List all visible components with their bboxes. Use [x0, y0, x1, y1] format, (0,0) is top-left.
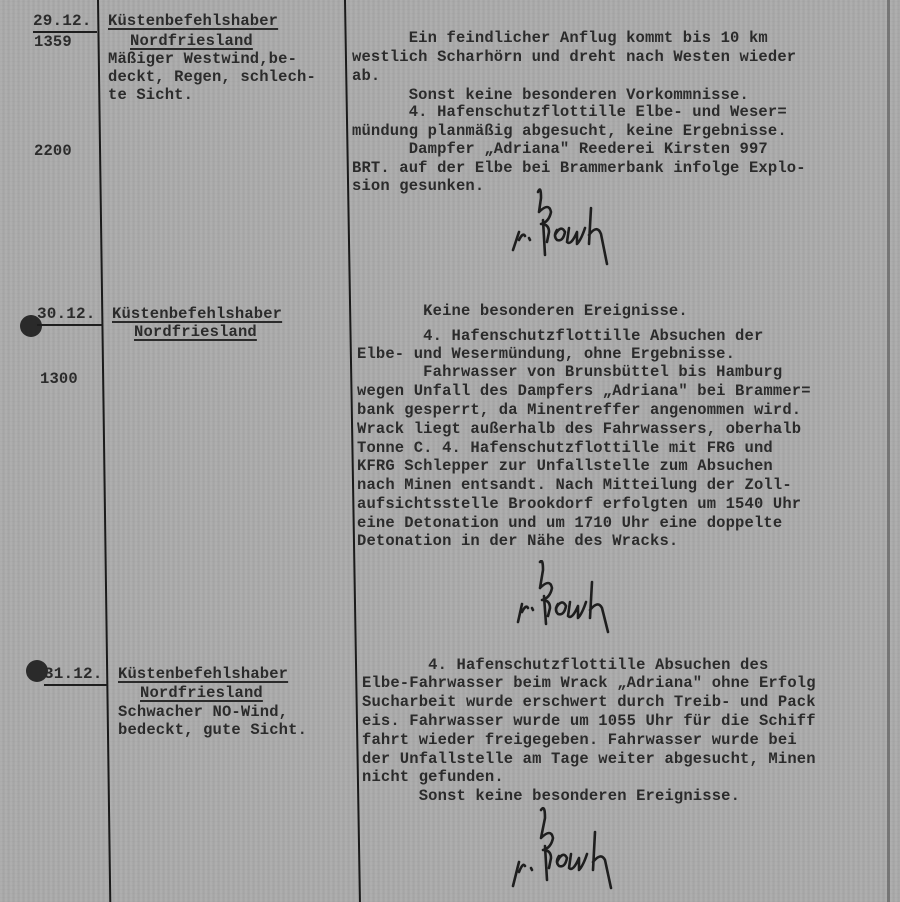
signature — [510, 560, 640, 650]
entry-time: 1300 — [40, 370, 78, 388]
body-line: ab. — [352, 67, 380, 85]
entry-date: 30.12. — [37, 305, 96, 323]
body-line: Keine besonderen Ereignisse. — [357, 302, 688, 320]
authority-line-1: Küstenbefehlshaber — [112, 305, 282, 323]
body-line: fahrt wieder freigegeben. Fahrwasser wur… — [362, 731, 797, 749]
entry-date: 29.12. — [33, 12, 92, 30]
body-line: nach Minen entsandt. Nach Mitteilung der… — [357, 476, 792, 494]
weather-line: bedeckt, gute Sicht. — [118, 721, 307, 739]
body-line: sion gesunken. — [352, 177, 484, 195]
body-line: Sucharbeit wurde erschwert durch Treib- … — [362, 693, 816, 711]
body-line: Wrack liegt außerhalb des Fahrwassers, o… — [357, 420, 801, 438]
body-line: wegen Unfall des Dampfers „Adriana" bei … — [357, 382, 811, 400]
weather-line: Schwacher NO-Wind, — [118, 703, 288, 721]
body-line: Detonation in der Nähe des Wracks. — [357, 532, 678, 550]
authority-line-2: Nordfriesland — [140, 684, 263, 702]
body-line: bank gesperrt, da Minentreffer angenomme… — [357, 401, 801, 419]
body-line: aufsichtsstelle Brookdorf erfolgten um 1… — [357, 495, 801, 513]
entry-time: 2200 — [34, 142, 72, 160]
body-line: Tonne C. 4. Hafenschutzflottille mit FRG… — [357, 439, 773, 457]
weather-line: Mäßiger Westwind,be- — [108, 50, 297, 68]
body-line: mündung planmäßig abgesucht, keine Ergeb… — [352, 122, 787, 140]
war-diary-page: 29.12. 1359 2200 Küstenbefehlshaber Nord… — [0, 0, 900, 902]
date-underline — [37, 324, 103, 326]
body-line: KFRG Schlepper zur Unfallstelle zum Absu… — [357, 457, 773, 475]
body-line: eis. Fahrwasser wurde um 1055 Uhr für di… — [362, 712, 816, 730]
authority-line-1: Küstenbefehlshaber — [108, 12, 278, 30]
authority-line-2: Nordfriesland — [134, 323, 257, 341]
body-line: 4. Hafenschutzflottille Absuchen des — [362, 656, 768, 674]
body-line: Ein feindlicher Anflug kommt bis 10 km — [352, 29, 768, 47]
body-line: 4. Hafenschutzflottille Elbe- und Weser= — [352, 103, 787, 121]
body-line: Sonst keine besonderen Vorkommnisse. — [352, 86, 749, 104]
body-line: 4. Hafenschutzflottille Absuchen der — [357, 327, 763, 345]
weather-line: deckt, Regen, schlech- — [108, 68, 316, 86]
authority-line-1: Küstenbefehlshaber — [118, 665, 288, 683]
body-line: eine Detonation und um 1710 Uhr eine dop… — [357, 514, 782, 532]
column-divider-date — [97, 0, 111, 902]
body-line: nicht gefunden. — [362, 768, 504, 786]
body-line: Dampfer „Adriana" Reederei Kirsten 997 — [352, 140, 768, 158]
entry-time: 1359 — [34, 33, 72, 51]
entry-date: 31.12. — [44, 665, 103, 683]
body-line: BRT. auf der Elbe bei Brammerbank infolg… — [352, 159, 806, 177]
date-underline — [44, 684, 108, 686]
body-line: westlich Scharhörn und dreht nach Westen… — [352, 48, 796, 66]
signature — [505, 180, 635, 270]
page-edge — [887, 0, 890, 902]
authority-line-2: Nordfriesland — [130, 32, 253, 50]
body-line: Fahrwasser von Brunsbüttel bis Hamburg — [357, 363, 782, 381]
body-line: Elbe-Fahrwasser beim Wrack „Adriana" ohn… — [362, 674, 816, 692]
body-line: der Unfallstelle am Tage weiter abgesuch… — [362, 750, 816, 768]
signature — [505, 800, 635, 900]
weather-line: te Sicht. — [108, 86, 193, 104]
body-line: Elbe- und Wesermündung, ohne Ergebnisse. — [357, 345, 735, 363]
